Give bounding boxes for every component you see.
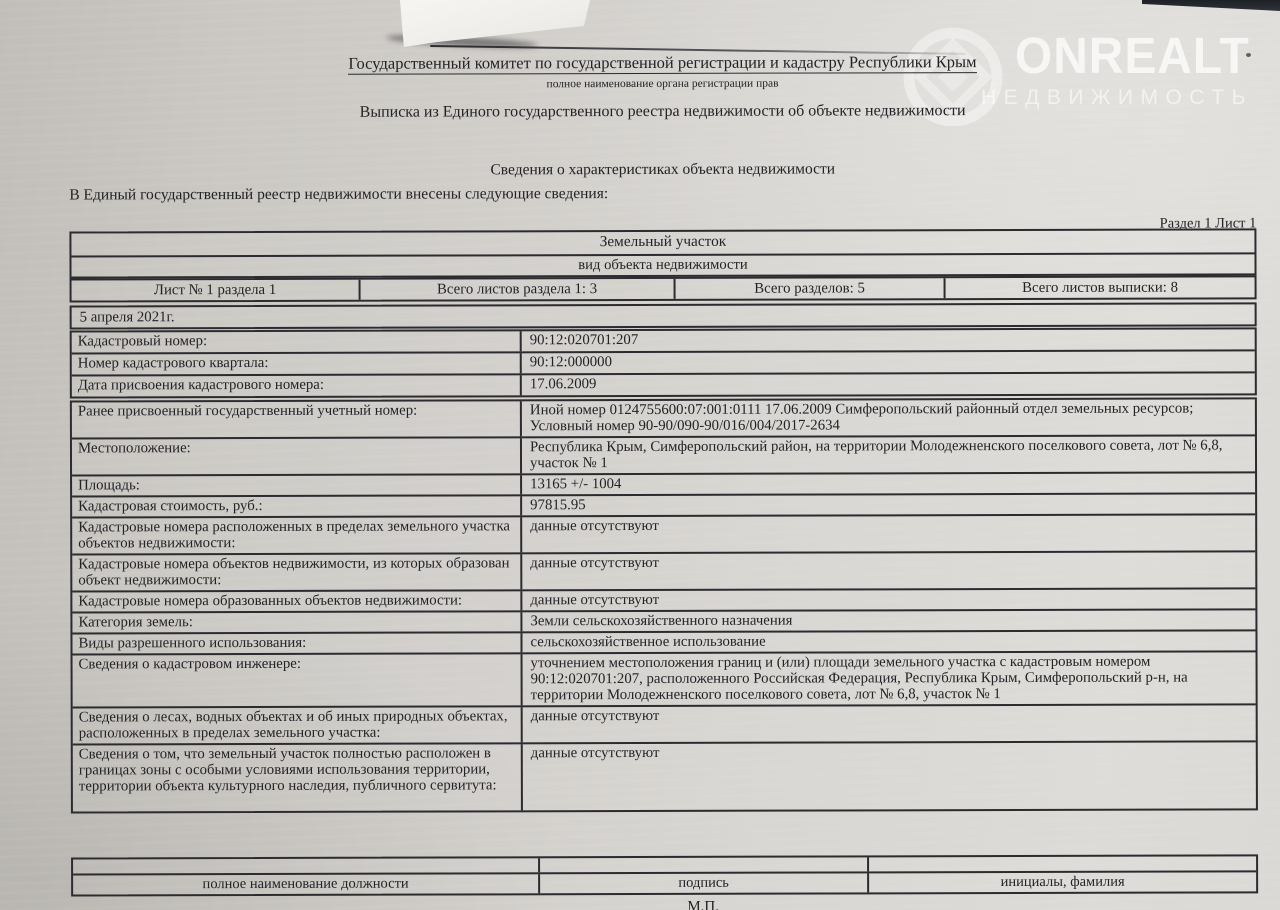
row-value: данные отсутствуют (522, 589, 1255, 610)
row-label: Номер кадастрового квартала: (72, 353, 522, 374)
row-value: 90:12:000000 (522, 351, 1255, 373)
row-label: Кадастровые номера образованных объектов… (72, 591, 522, 611)
authority-heading: Государственный комитет по государственн… (69, 51, 1256, 74)
object-type-value: Земельный участок (71, 230, 1254, 257)
row-value: Республика Крым, Симферопольский район, … (522, 436, 1255, 473)
table-row: Местоположение: Республика Крым, Симферо… (72, 436, 1255, 476)
table-row: Сведения о кадастровом инженере: уточнен… (73, 652, 1256, 708)
sheets-counter-table: Лист № 1 раздела 1 Всего листов раздела … (70, 275, 1257, 302)
position-signature-cell (73, 858, 540, 873)
table-row: Дата присвоения кадастрового номера: 17.… (72, 373, 1255, 396)
row-label: Кадастровые номера объектов недвижимости… (72, 554, 522, 590)
object-type-table: Земельный участок вид объекта недвижимос… (69, 228, 1256, 278)
signature-table: полное наименование должности подпись ин… (71, 854, 1258, 896)
signature-caption-row: полное наименование должности подпись ин… (73, 872, 1256, 894)
row-label: Кадастровые номера расположенных в преде… (72, 517, 522, 553)
extract-date: 5 апреля 2021г. (72, 304, 1255, 327)
row-value: данные отсутствуют (522, 515, 1255, 552)
row-label: Виды разрешенного использования: (72, 633, 522, 653)
egrn-extract-document: Государственный комитет по государственн… (0, 0, 1280, 910)
date-row: 5 апреля 2021г. (70, 302, 1257, 329)
row-value: сельскохозяйственное использование (522, 631, 1255, 652)
document-photo: ONREALT НЕДВИЖИМОСТЬ Государственный ком… (0, 0, 1280, 910)
row-label: Кадастровая стоимость, руб.: (72, 496, 522, 516)
row-label: Кадастровый номер: (72, 331, 522, 352)
row-value: 13165 +/- 1004 (522, 473, 1255, 494)
row-value: данные отсутствуют (523, 742, 1256, 810)
section-sheets-total-cell: Всего листов раздела 1: 3 (361, 279, 676, 300)
section-title: Сведения о характеристиках объекта недви… (69, 159, 1256, 180)
authority-name: Государственный комитет по государственн… (348, 52, 976, 75)
intro-text: В Единый государственный реестр недвижим… (69, 185, 608, 204)
row-label: Сведения о том, что земельный участок по… (73, 744, 523, 811)
row-value: 97815.95 (522, 494, 1255, 515)
row-value: Земли сельскохозяйственного назначения (522, 610, 1255, 631)
table-row: Номер кадастрового квартала: 90:12:00000… (72, 351, 1255, 376)
row-label: Сведения о кадастровом инженере: (73, 654, 523, 706)
name-caption: инициалы, фамилия (869, 872, 1256, 892)
authority-caption: полное наименование органа регистрации п… (69, 76, 1256, 91)
row-label: Местоположение: (72, 438, 522, 474)
row-label: Категория земель: (72, 612, 522, 632)
stamp-placeholder: М.П. (538, 898, 868, 910)
row-label: Ранее присвоенный государственный учетны… (72, 401, 522, 437)
row-label: Сведения о лесах, водных объектах и об и… (73, 707, 523, 743)
table-row: Кадастровые номера расположенных в преде… (72, 515, 1255, 555)
object-type-caption: вид объекта недвижимости (71, 254, 1254, 276)
row-value: данные отсутствуют (523, 705, 1256, 742)
table-row: Сведения о лесах, водных объектах и об и… (73, 705, 1256, 745)
characteristics-table: Ранее присвоенный государственный учетны… (70, 397, 1258, 813)
sheet-number-cell: Лист № 1 раздела 1 (72, 280, 361, 301)
table-row: Сведения о том, что земельный участок по… (73, 742, 1256, 811)
table-row: Ранее присвоенный государственный учетны… (72, 399, 1255, 439)
row-value: 90:12:020701:207 (522, 329, 1255, 351)
name-cell (869, 856, 1256, 871)
extract-sheets-total-cell: Всего листов выписки: 8 (946, 277, 1255, 298)
sections-total-cell: Всего разделов: 5 (676, 278, 946, 299)
signature-cell (540, 857, 869, 872)
row-label: Дата присвоения кадастрового номера: (72, 375, 522, 396)
cadastral-id-table: Кадастровый номер: 90:12:020701:207 Номе… (70, 327, 1257, 398)
document-title: Выписка из Единого государственного реес… (69, 101, 1256, 122)
row-value: уточнением местоположения границ и (или)… (523, 652, 1256, 705)
row-value: Иной номер 0124755600:07:001:0111 17.06.… (522, 399, 1255, 436)
position-caption: полное наименование должности (73, 874, 540, 894)
row-label: Площадь: (72, 475, 522, 495)
table-row: Кадастровый номер: 90:12:020701:207 (72, 329, 1255, 354)
table-row: Кадастровые номера объектов недвижимости… (72, 552, 1255, 592)
row-value: данные отсутствуют (522, 552, 1255, 589)
row-value: 17.06.2009 (522, 373, 1255, 395)
signature-caption: подпись (540, 873, 869, 893)
